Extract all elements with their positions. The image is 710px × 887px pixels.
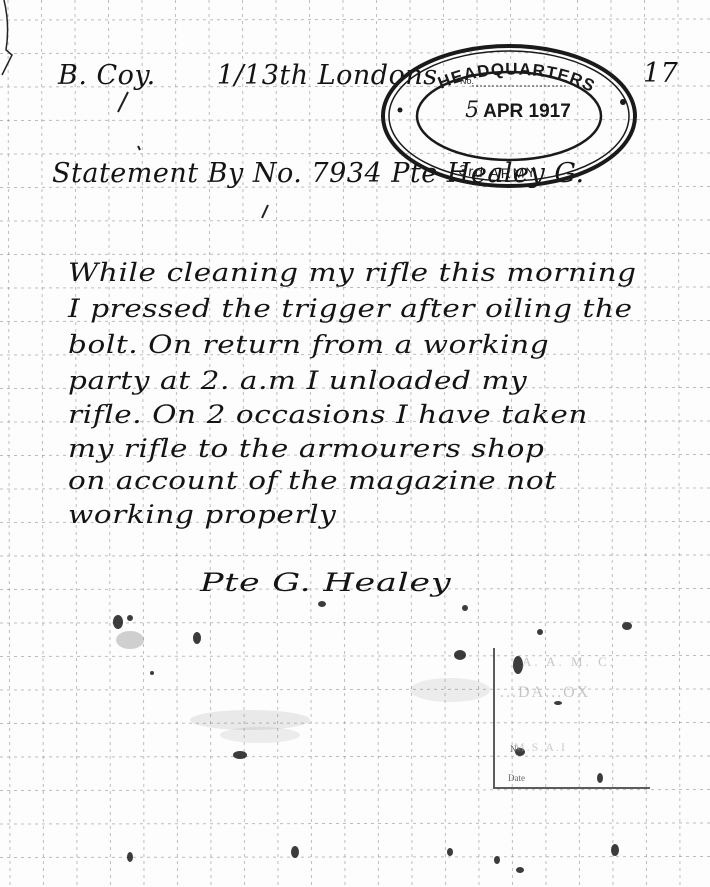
svg-text:3rd ARMY: 3rd ARMY [458, 161, 538, 181]
box-stamp-line-1: A. A. M. C. [522, 654, 616, 670]
body-line: party at 2. a.m I unloaded my [68, 366, 527, 395]
body-line: on account of the magazine not [68, 466, 557, 495]
faded-box-stamp: A. A. M. C. ...DA...OX M.S.A.I No. Date [492, 640, 642, 788]
body-line: working properly [68, 500, 336, 529]
stamp-date-month-year: APR 1917 [483, 101, 571, 122]
stamp-date-day: 5 [465, 98, 479, 123]
headquarters-stamp: HEADQUARTERS 3rd ARMY No. 5APR 1917 [378, 40, 640, 190]
body-line: bolt. On return from a working [68, 330, 549, 359]
body-line: While cleaning my rifle this morning [68, 258, 637, 287]
body-line: rifle. On 2 occasions I have taken [68, 400, 588, 429]
header-number: 17 [643, 58, 678, 89]
body-line: I pressed the trigger after oiling the [68, 294, 633, 323]
stamp-no-label: No. [460, 76, 474, 86]
box-stamp-no-label: No. [510, 744, 523, 754]
body-line: my rifle to the armourers shop [68, 434, 545, 463]
box-stamp-line-2: ...DA...OX [500, 684, 590, 702]
company-label: B. Coy. [58, 60, 156, 91]
box-stamp-date-label: Date [508, 773, 525, 783]
signature: Pte G. Healey [200, 568, 451, 597]
stamp-date: 5APR 1917 [438, 98, 598, 123]
document-page: B. Coy. 1/13th Londons 17 Statement By N… [0, 0, 710, 887]
